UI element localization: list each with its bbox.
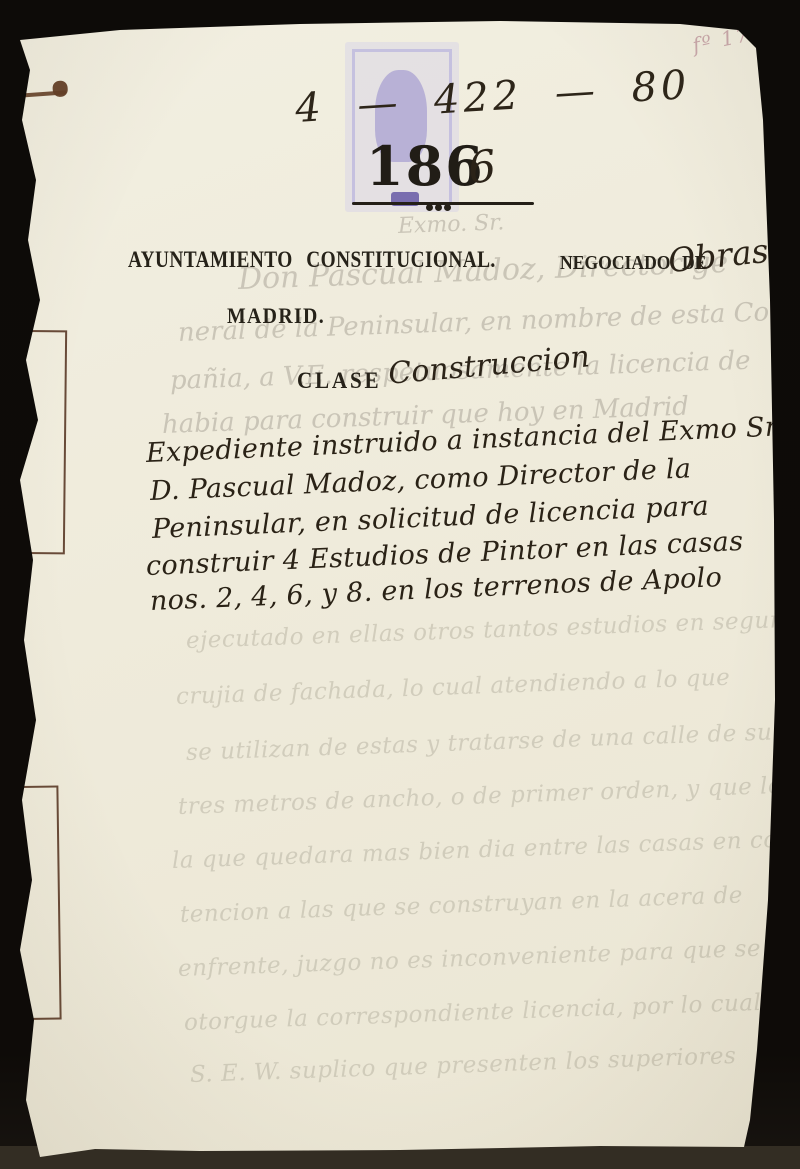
year-manuscript: 6	[465, 141, 498, 195]
ink-mark	[20, 90, 66, 97]
bleedthrough-line: otorgue la correspondiente licencia, por…	[184, 990, 762, 1036]
bleedthrough-line: tres metros de ancho, o de primer orden,…	[178, 773, 783, 820]
binding-frame	[0, 785, 62, 1020]
bleedthrough-line: crujia de fachada, lo cual atendiendo a …	[176, 665, 731, 710]
scan-background: Exmo. Sr. Don Pascual Madoz, Director ge…	[0, 0, 800, 1169]
organization-title: AYUNTAMIENTO CONSTITUCIONAL.	[128, 247, 496, 273]
city-title: MADRID.	[227, 303, 325, 329]
bleedthrough-line: se utilizan de estas y tratarse de una c…	[186, 720, 773, 766]
bleedthrough-line: S. E. W. suplico que presenten los super…	[190, 1043, 737, 1088]
paper-sheet: Exmo. Sr. Don Pascual Madoz, Director ge…	[0, 0, 800, 1169]
bleedthrough-line: ejecutado en ellas otros tantos estudios…	[186, 606, 800, 654]
rule-ornament	[426, 204, 433, 211]
clase-label: CLASE	[297, 368, 381, 394]
bleedthrough-line: enfrente, juzgo no es inconveniente para…	[178, 936, 762, 982]
ink-blob	[52, 80, 68, 97]
year-underline-rule	[352, 202, 534, 205]
negociado-value-handwritten: Obras	[666, 231, 770, 280]
binding-frame	[0, 330, 67, 555]
bleedthrough-line: la que quedara mas bien dia entre las ca…	[172, 826, 794, 874]
bleedthrough-line: tencion a las que se construyan en la ac…	[180, 882, 744, 928]
bleedthrough-line: Exmo. Sr.	[398, 210, 505, 239]
corner-annotation: fº 173	[690, 19, 767, 58]
